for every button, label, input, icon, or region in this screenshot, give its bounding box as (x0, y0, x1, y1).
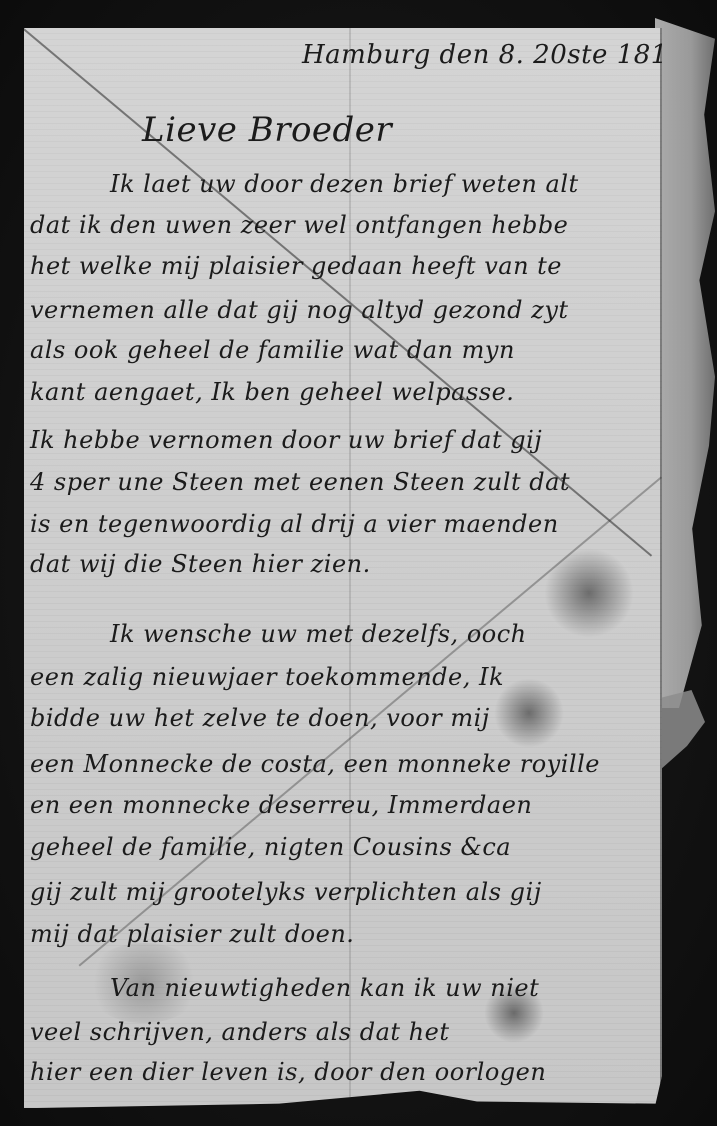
letter-line: als ook geheel de familie wat dan myn (30, 336, 515, 364)
letter-line: een zalig nieuwjaer toekommende, Ik (30, 663, 504, 691)
letter-line: 4 sper une Steen met eenen Steen zult da… (30, 468, 570, 496)
letter-line: een Monnecke de costa, een monneke royil… (30, 750, 600, 778)
letter-line: vernemen alle dat gij nog altyd gezond z… (30, 296, 569, 324)
letter-line: is en tegenwoordig al drij a vier maende… (30, 510, 559, 538)
page-right-edge (660, 28, 662, 1108)
letter-line: het welke mij plaisier gedaan heeft van … (30, 252, 562, 280)
ink-stain (494, 678, 564, 748)
letter-line: dat wij die Steen hier zien. (30, 550, 371, 578)
letter-line: en een monnecke deserreu, Immerdaen (30, 791, 532, 819)
letter-line: Ik hebbe vernomen door uw brief dat gij (30, 426, 542, 454)
letter-page: Hamburg den 8. 20ste 1811 Lieve Broeder … (24, 28, 662, 1108)
letter-line: dat ik den uwen zeer wel ontfangen hebbe (30, 211, 568, 239)
letter-line: veel schrijven, anders als dat het (30, 1018, 449, 1046)
salutation: Lieve Broeder (142, 110, 392, 150)
place-date: Hamburg den 8. 20ste 1811 (302, 40, 662, 70)
letter-line: kant aengaet, Ik ben geheel welpasse. (30, 378, 514, 406)
letter-line: geheel de familie, nigten Cousins &ca (30, 833, 511, 861)
letter-line: mij dat plaisier zult doen. (30, 920, 354, 948)
letter-line: Van nieuwtigheden kan ik uw niet (110, 974, 539, 1002)
letter-line: gij zult mij grootelyks verplichten als … (30, 878, 542, 906)
letter-line: hier een dier leven is, door den oorloge… (30, 1058, 546, 1086)
letter-line: Ik wensche uw met dezelfs, ooch (110, 620, 527, 648)
letter-line: Ik laet uw door dezen brief weten alt (110, 170, 579, 198)
ink-stain (544, 548, 634, 638)
letter-line: bidde uw het zelve te doen, voor mij (30, 704, 490, 732)
